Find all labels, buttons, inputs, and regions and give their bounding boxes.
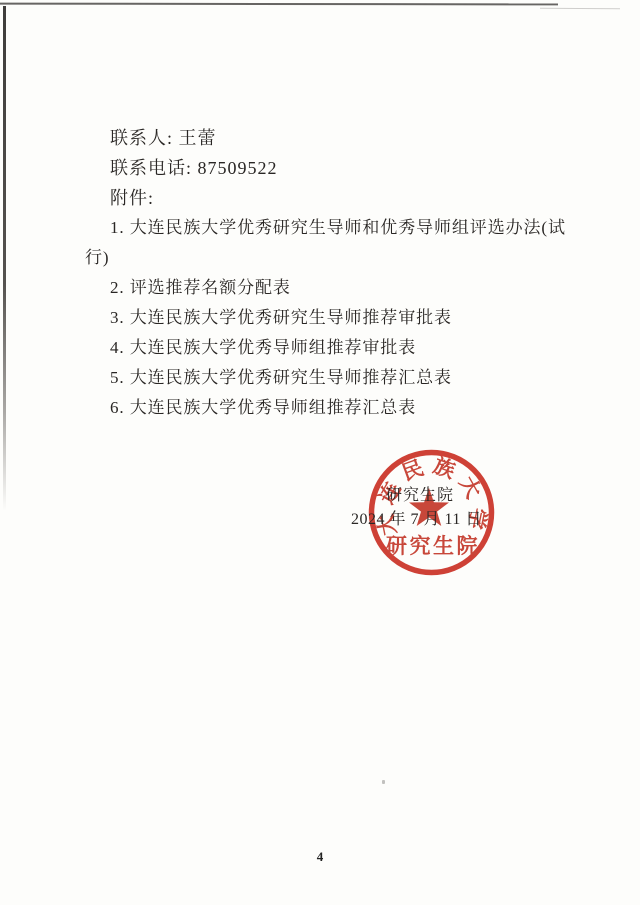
attachments-label: 附件: — [85, 183, 605, 213]
attachment-item-1-line-2: 行) — [85, 243, 605, 273]
seal-bottom-text: 研究生院 — [386, 534, 480, 558]
attachment-item-2: 2. 评选推荐名额分配表 — [85, 273, 605, 303]
scan-speck — [382, 780, 385, 784]
letter-body: 联系人: 王蕾 联系电话: 87509522 附件: 1. 大连民族大学优秀研究… — [85, 123, 605, 423]
signature-date: 2024 年 7 月 11 日 — [351, 509, 482, 530]
scan-edge-top-line — [0, 3, 558, 6]
scan-edge-top-line-faint — [540, 8, 620, 10]
page-number: 4 — [0, 849, 640, 865]
contact-phone-line: 联系电话: 87509522 — [85, 153, 605, 183]
attachment-item-4: 4. 大连民族大学优秀导师组推荐审批表 — [85, 333, 605, 363]
attachment-item-3: 3. 大连民族大学优秀研究生导师推荐审批表 — [85, 303, 605, 333]
attachment-item-5: 5. 大连民族大学优秀研究生导师推荐汇总表 — [85, 363, 605, 393]
attachment-item-1-line-1: 1. 大连民族大学优秀研究生导师和优秀导师组评选办法(试 — [85, 213, 605, 243]
signature-department: 研究生院 — [386, 486, 454, 506]
attachment-item-6: 6. 大连民族大学优秀导师组推荐汇总表 — [85, 393, 605, 423]
document-page: 联系人: 王蕾 联系电话: 87509522 附件: 1. 大连民族大学优秀研究… — [0, 0, 640, 905]
scan-edge-left-line — [3, 6, 6, 511]
contact-person-line: 联系人: 王蕾 — [85, 123, 605, 153]
